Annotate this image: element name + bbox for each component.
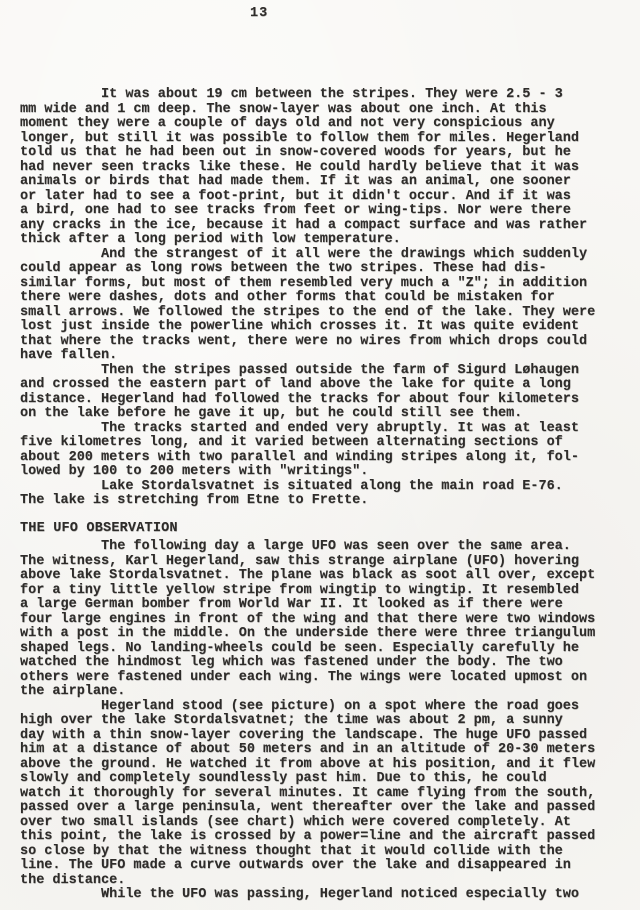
page-number: 13 — [250, 6, 268, 21]
text-line: Lake Stordalsvatnet is situated along th… — [20, 480, 626, 495]
text-line: or later had to see a foot-print, but it… — [20, 190, 626, 205]
text-line: moment they were a couple of days old an… — [20, 117, 626, 132]
text-line: the airplane. — [20, 685, 626, 700]
text-line: could appear as long rows between the tw… — [20, 262, 626, 277]
text-line: distance. Hegerland had followed the tra… — [20, 393, 626, 408]
document-body: It was about 19 cm between the stripes. … — [20, 88, 626, 903]
text-line: there were dashes, dots and other forms … — [20, 291, 626, 306]
text-line: four large engines in front of the wing … — [20, 613, 626, 628]
text-line: had never seen tracks like these. He cou… — [20, 161, 626, 176]
text-line: and crossed the eastern part of land abo… — [20, 378, 626, 393]
text-line: have fallen. — [20, 349, 626, 364]
text-line: The witness, Karl Hegerland, saw this st… — [20, 555, 626, 570]
text-block-lake-tracks: It was about 19 cm between the stripes. … — [20, 88, 626, 509]
text-line: him at a distance of about 50 meters and… — [20, 743, 626, 758]
text-line: so close by that the witness thought tha… — [20, 845, 626, 860]
section-heading: THE UFO OBSERVATION — [20, 522, 626, 537]
text-line: While the UFO was passing, Hegerland not… — [20, 888, 626, 903]
text-line: similar forms, but most of them resemble… — [20, 277, 626, 292]
text-line: for a tiny little yellow stripe from win… — [20, 584, 626, 599]
text-line: that where the tracks went, there were n… — [20, 335, 626, 350]
text-line: Then the stripes passed outside the farm… — [20, 364, 626, 379]
text-line: animals or birds that had made them. If … — [20, 175, 626, 190]
text-line: And the strangest of it all were the dra… — [20, 248, 626, 263]
text-line: The lake is stretching from Etne to Fret… — [20, 494, 626, 509]
text-block-ufo-observation: The following day a large UFO was seen o… — [20, 540, 626, 903]
text-line: any cracks in the ice, because it had a … — [20, 219, 626, 234]
text-line: with a post in the middle. On the unders… — [20, 627, 626, 642]
text-line: above lake Stordalsvatnet. The plane was… — [20, 569, 626, 584]
document-page: 13 It was about 19 cm between the stripe… — [0, 0, 640, 910]
text-line: others were fastened under each wing. Th… — [20, 671, 626, 686]
text-line: on the lake before he gave it up, but he… — [20, 407, 626, 422]
text-line: small arrows. We followed the stripes to… — [20, 306, 626, 321]
text-line: thick after a long period with low tempe… — [20, 233, 626, 248]
text-line: day with a thin snow-layer covering the … — [20, 729, 626, 744]
text-line: The following day a large UFO was seen o… — [20, 540, 626, 555]
text-line: watch it thoroughly for several minutes.… — [20, 787, 626, 802]
text-line: slowly and completely soundlessly past h… — [20, 772, 626, 787]
text-line: lowed by 100 to 200 meters with "writing… — [20, 465, 626, 480]
text-line: The tracks started and ended very abrupt… — [20, 422, 626, 437]
text-line: told us that he had been out in snow-cov… — [20, 146, 626, 161]
text-line: over two small islands (see chart) which… — [20, 816, 626, 831]
text-line: the distance. — [20, 874, 626, 889]
text-line: above the ground. He watched it from abo… — [20, 758, 626, 773]
text-line: a large German bomber from World War II.… — [20, 598, 626, 613]
text-line: five kilometres long, and it varied betw… — [20, 436, 626, 451]
text-line: shaped legs. No landing-wheels could be … — [20, 642, 626, 657]
text-line: Hegerland stood (see picture) on a spot … — [20, 700, 626, 715]
text-line: about 200 meters with two parallel and w… — [20, 451, 626, 466]
text-line: watched the hindmost leg which was faste… — [20, 656, 626, 671]
text-line: high over the lake Stordalsvatnet; the t… — [20, 714, 626, 729]
text-line: lost just inside the powerline which cro… — [20, 320, 626, 335]
text-line: mm wide and 1 cm deep. The snow-layer wa… — [20, 103, 626, 118]
text-line: longer, but still it was possible to fol… — [20, 132, 626, 147]
text-line: a bird, one had to see tracks from feet … — [20, 204, 626, 219]
text-line: this point, the lake is crossed by a pow… — [20, 830, 626, 845]
text-line: It was about 19 cm between the stripes. … — [20, 88, 626, 103]
text-line: passed over a large peninsula, went ther… — [20, 801, 626, 816]
text-line: line. The UFO made a curve outwards over… — [20, 859, 626, 874]
